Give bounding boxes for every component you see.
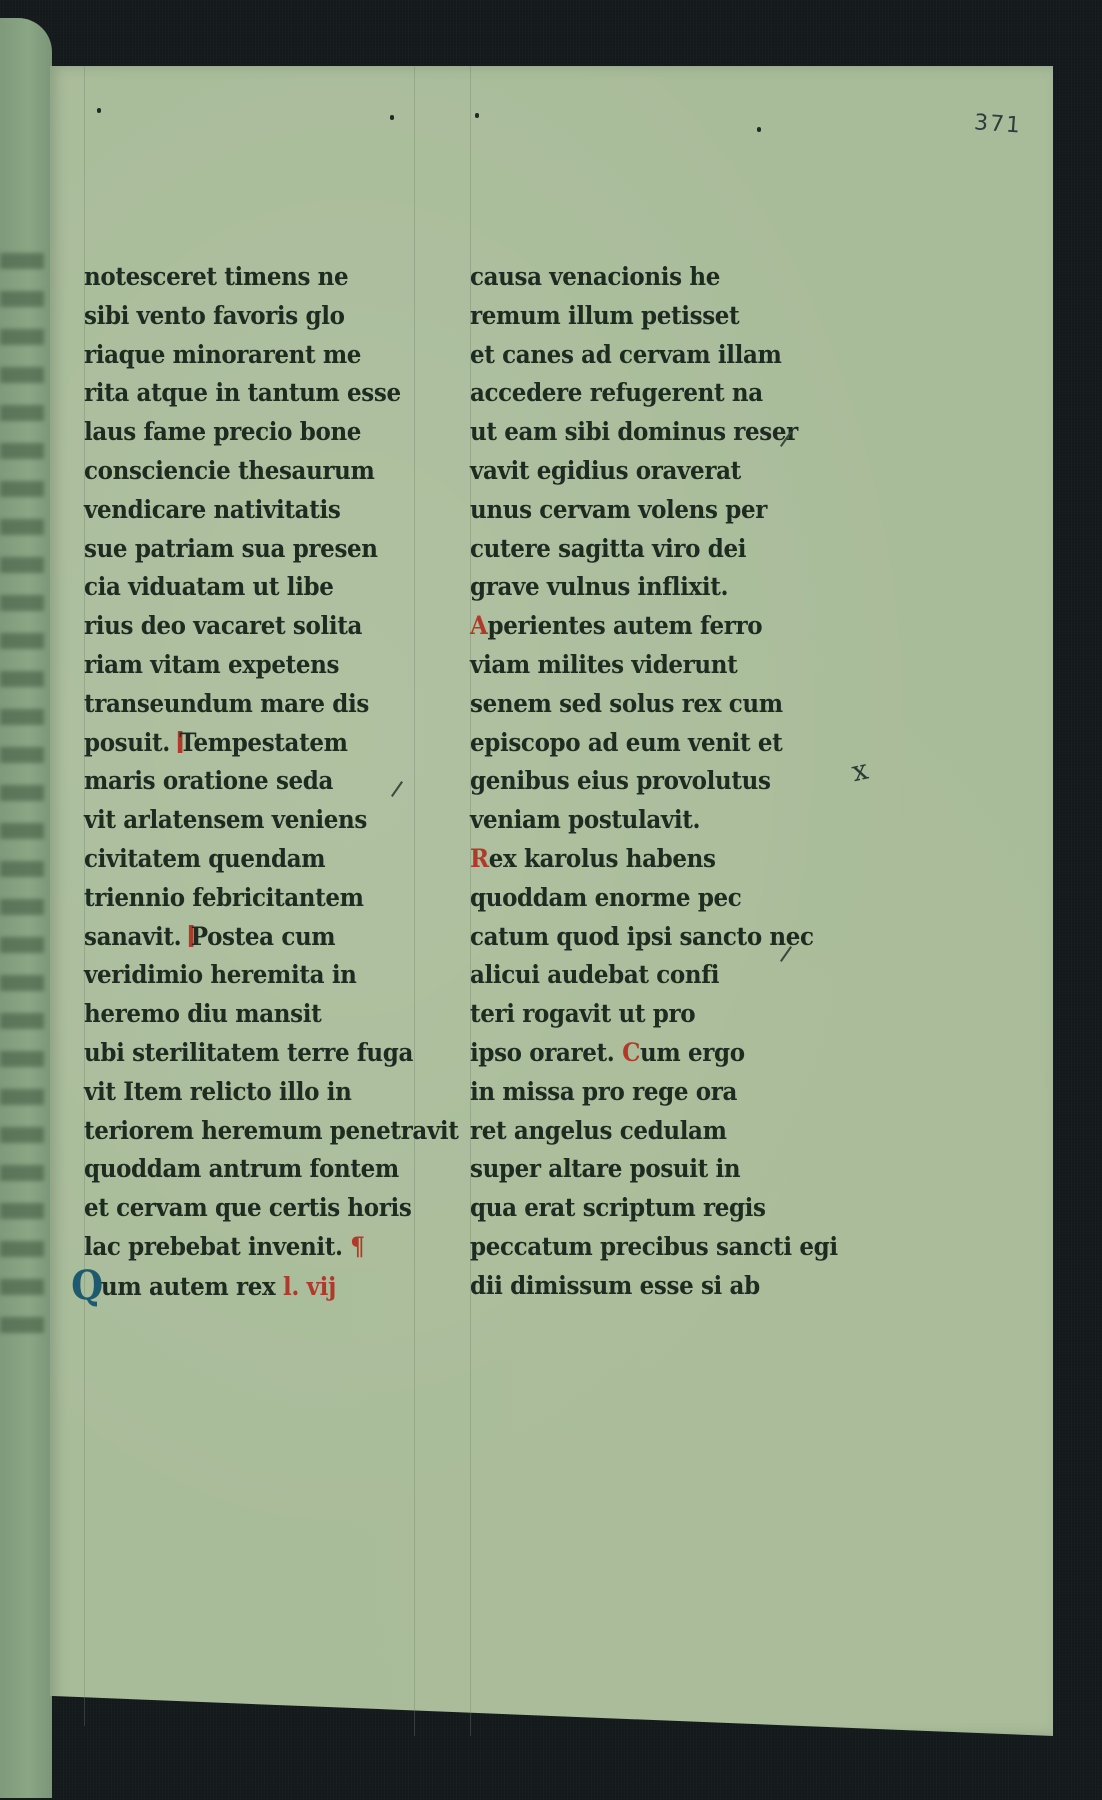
text-line: quoddam antrum fontem <box>84 1150 388 1189</box>
text-line: grave vulnus inflixit. <box>470 568 783 607</box>
show-through-text <box>0 253 44 1353</box>
rubricated-initial: R <box>470 844 489 873</box>
rubricated-initial: C <box>622 1038 640 1067</box>
text-line: vendicare nativitatis <box>84 491 388 530</box>
text-line: genibus eius provolutus <box>470 762 783 801</box>
rubricated-initial: A <box>470 611 487 640</box>
text-line-with-rubric: Rex karolus habens <box>470 840 783 879</box>
text-line: qua erat scriptum regis <box>470 1189 783 1228</box>
text-line: civitatem quendam <box>84 840 388 879</box>
text-line-with-rubric: ipso oraret. Cum ergo <box>470 1034 783 1073</box>
text-line-with-rubric: lac prebebat invenit. ¶ <box>84 1228 388 1267</box>
pricking-mark <box>475 113 479 118</box>
previous-leaf-edge <box>0 18 52 1798</box>
blue-initial-letter: Q <box>71 1267 103 1306</box>
text-line: senem sed solus rex cum <box>470 685 783 724</box>
text-line-with-rubric: posuit. Tempestatem <box>84 724 388 763</box>
pricking-mark <box>390 115 394 120</box>
text-line: vavit egidius oraverat <box>470 452 783 491</box>
text-line: ut eam sibi dominus reser <box>470 413 783 452</box>
text-column-left: notesceret timens ne sibi vento favoris … <box>84 258 414 1306</box>
text-line: catum quod ipsi sancto nec <box>470 918 783 957</box>
text-line: transeundum mare dis <box>84 685 388 724</box>
text-line: teri rogavit ut pro <box>470 995 783 1034</box>
text-line: unus cervam volens per <box>470 491 783 530</box>
text-line: quoddam enorme pec <box>470 879 783 918</box>
folio-number: 371 <box>973 110 1023 138</box>
text-line: sue patriam sua presen <box>84 530 388 569</box>
text-line: vit Item relicto illo in <box>84 1073 388 1112</box>
text-segment: sanavit. <box>84 922 181 951</box>
text-segment: perientes autem ferro <box>487 611 762 640</box>
text-line: riam vitam expetens <box>84 646 388 685</box>
text-line: viam milites viderunt <box>470 646 783 685</box>
text-line: et canes ad cervam illam <box>470 336 783 375</box>
text-segment: ex karolus habens <box>489 844 716 873</box>
text-line: cia viduatam ut libe <box>84 568 388 607</box>
text-line: vit arlatensem veniens <box>84 801 388 840</box>
text-line: consciencie thesaurum <box>84 452 388 491</box>
text-line: teriorem heremum penetravit <box>84 1112 388 1151</box>
text-line: ret angelus cedulam <box>470 1112 783 1151</box>
text-line: sibi vento favoris glo <box>84 297 388 336</box>
rubric-chapter-number: l. vij <box>283 1272 336 1301</box>
text-line-with-rubric: Aperientes autem ferro <box>470 607 783 646</box>
text-line: triennio febricitantem <box>84 879 388 918</box>
text-line: peccatum precibus sancti egi <box>470 1228 783 1267</box>
text-line: episcopo ad eum venit et <box>470 724 783 763</box>
text-line: laus fame precio bone <box>84 413 388 452</box>
text-line: veniam postulavit. <box>470 801 783 840</box>
text-line: heremo diu mansit <box>84 995 388 1034</box>
text-line: veridimio heremita in <box>84 956 388 995</box>
text-line: rius deo vacaret solita <box>84 607 388 646</box>
text-column-right: causa venacionis he remum illum petisset… <box>470 258 810 1306</box>
text-line: riaque minorarent me <box>84 336 388 375</box>
text-segment: um autem rex <box>101 1272 275 1301</box>
text-line: in missa pro rege ora <box>470 1073 783 1112</box>
text-line: alicui audebat confi <box>470 956 783 995</box>
text-line: remum illum petisset <box>470 297 783 336</box>
rubric-paraph-mark: ¶ <box>350 1232 364 1261</box>
text-line: ubi sterilitatem terre fuga <box>84 1034 388 1073</box>
chapter-opening-line: Qum autem rex l. vij <box>84 1267 388 1306</box>
text-segment: posuit. <box>84 728 170 757</box>
text-line: dii dimissum esse si ab <box>470 1267 783 1306</box>
text-segment: um ergo <box>640 1038 745 1067</box>
text-line: rita atque in tantum esse <box>84 374 388 413</box>
ruling-line <box>414 66 415 1736</box>
text-line: causa venacionis he <box>470 258 783 297</box>
text-segment: lac prebebat invenit. <box>84 1232 343 1261</box>
text-segment: ipso oraret. <box>470 1038 614 1067</box>
text-line-with-rubric: sanavit. Postea cum <box>84 918 388 957</box>
text-line: notesceret timens ne <box>84 258 388 297</box>
pricking-mark <box>757 127 761 132</box>
pricking-mark <box>97 108 101 113</box>
text-line: cutere sagitta viro dei <box>470 530 783 569</box>
text-line: accedere refugerent na <box>470 374 783 413</box>
rubricated-word: Tempestatem <box>179 728 347 757</box>
rubricated-word: Postea cum <box>191 922 336 951</box>
text-line: super altare posuit in <box>470 1150 783 1189</box>
text-line: maris oratione seda <box>84 762 388 801</box>
text-line: et cervam que certis horis <box>84 1189 388 1228</box>
